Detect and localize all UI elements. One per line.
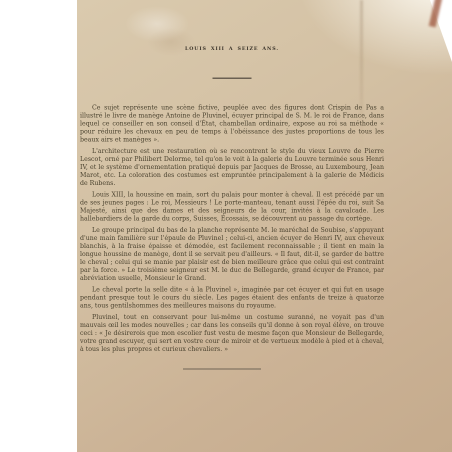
end-divider	[183, 369, 261, 370]
paragraph: Louis XIII, la houssine en main, sort du…	[80, 191, 384, 223]
paragraph: Pluvinel, tout en conservant pour lui-mê…	[80, 313, 384, 353]
scanned-page-view: LOUIS XIII A SEIZE ANS. Ce sujet représe…	[0, 0, 452, 452]
page-content: LOUIS XIII A SEIZE ANS. Ce sujet représe…	[80, 46, 384, 370]
paragraph: L'architecture est une restauration où s…	[80, 147, 384, 187]
page-title: LOUIS XIII A SEIZE ANS.	[80, 46, 384, 52]
paragraph: Le groupe principal du bas de la planche…	[80, 226, 384, 282]
paragraph: Le cheval porte la selle dite « à la Plu…	[80, 286, 384, 310]
title-divider	[213, 78, 252, 80]
body-text: Ce sujet représente une scène fictive, p…	[80, 104, 384, 354]
paragraph: Ce sujet représente une scène fictive, p…	[80, 104, 384, 144]
